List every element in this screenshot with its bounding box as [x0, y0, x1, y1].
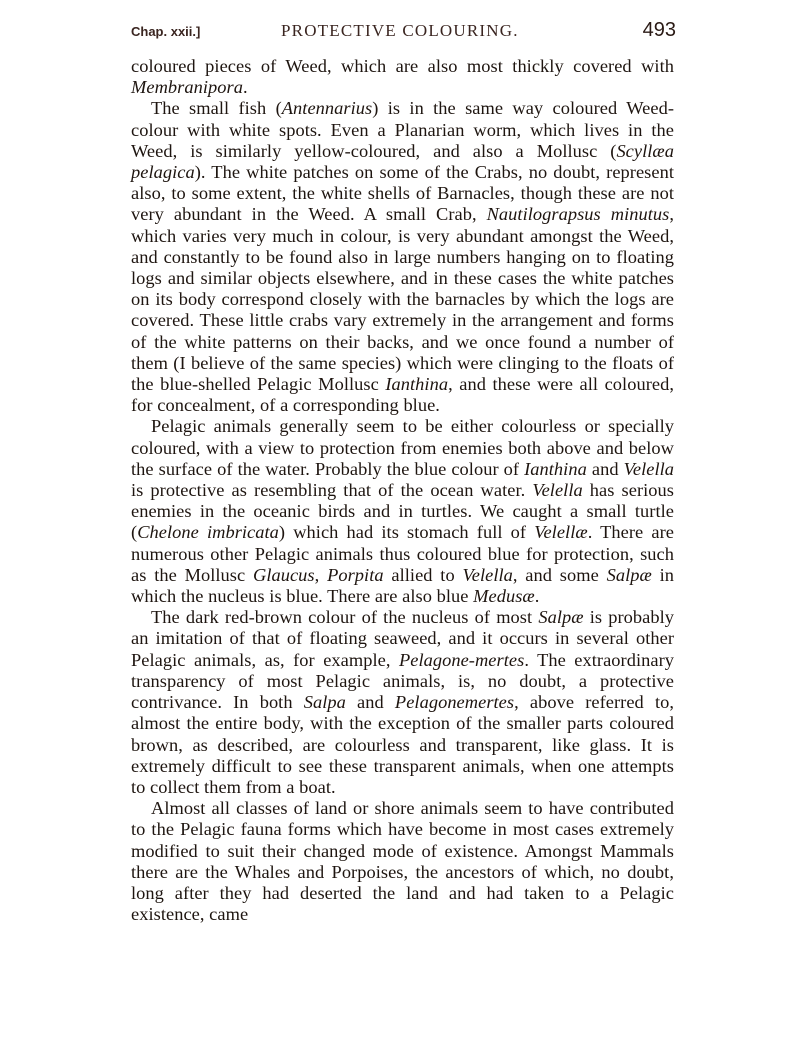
- paragraph: coloured pieces of Weed, which are also …: [131, 56, 674, 98]
- page-number: 493: [643, 19, 676, 42]
- book-page: Chap. xxii.] PROTECTIVE COLOURING. 493 c…: [131, 14, 674, 925]
- text-run: The dark red-brown colour of the nucleus…: [151, 607, 538, 627]
- italic-term: Velella: [532, 480, 582, 500]
- italic-term: Porpita: [327, 565, 384, 585]
- italic-term: Nautilograpsus minutus: [487, 204, 670, 224]
- text-run: Almost all classes of land or shore anim…: [131, 798, 674, 924]
- running-title: PROTECTIVE COLOURING.: [281, 21, 519, 41]
- text-run: , which varies very much in colour, is v…: [131, 204, 674, 394]
- paragraph: The dark red-brown colour of the nucleus…: [131, 607, 674, 798]
- italic-term: Velella: [624, 459, 674, 479]
- running-header: Chap. xxii.] PROTECTIVE COLOURING. 493: [131, 14, 674, 50]
- text-run: .: [243, 77, 248, 97]
- italic-term: Ianthina: [524, 459, 587, 479]
- text-run: ,: [315, 565, 327, 585]
- text-run: and: [346, 692, 395, 712]
- text-run: The small fish (: [151, 98, 282, 118]
- italic-term: Pelagonemertes: [395, 692, 514, 712]
- text-run: , and some: [513, 565, 607, 585]
- italic-term: Velellæ: [534, 522, 587, 542]
- italic-term: Membranipora: [131, 77, 243, 97]
- text-run: allied to: [384, 565, 463, 585]
- italic-term: Antennarius: [282, 98, 372, 118]
- text-run: ) which had its stomach full of: [279, 522, 534, 542]
- text-run: is protective as resembling that of the …: [131, 480, 532, 500]
- paragraph: Almost all classes of land or shore anim…: [131, 798, 674, 925]
- italic-term: Medusæ: [473, 586, 535, 606]
- italic-term: Velella: [462, 565, 512, 585]
- italic-term: Ianthina: [385, 374, 448, 394]
- italic-term: Salpæ: [607, 565, 652, 585]
- italic-term: Chelone imbricata: [137, 522, 279, 542]
- text-run: and: [587, 459, 624, 479]
- italic-term: Salpa: [304, 692, 346, 712]
- paragraph: The small fish (Antennarius) is in the s…: [131, 98, 674, 416]
- body-text: coloured pieces of Weed, which are also …: [131, 56, 674, 925]
- italic-term: Pelagone-mertes: [399, 650, 524, 670]
- chapter-label: Chap. xxii.]: [131, 24, 200, 39]
- italic-term: Glaucus: [253, 565, 315, 585]
- text-run: .: [535, 586, 540, 606]
- paragraph: Pelagic animals generally seem to be eit…: [131, 416, 674, 607]
- italic-term: Salpæ: [538, 607, 583, 627]
- text-run: coloured pieces of Weed, which are also …: [131, 56, 674, 76]
